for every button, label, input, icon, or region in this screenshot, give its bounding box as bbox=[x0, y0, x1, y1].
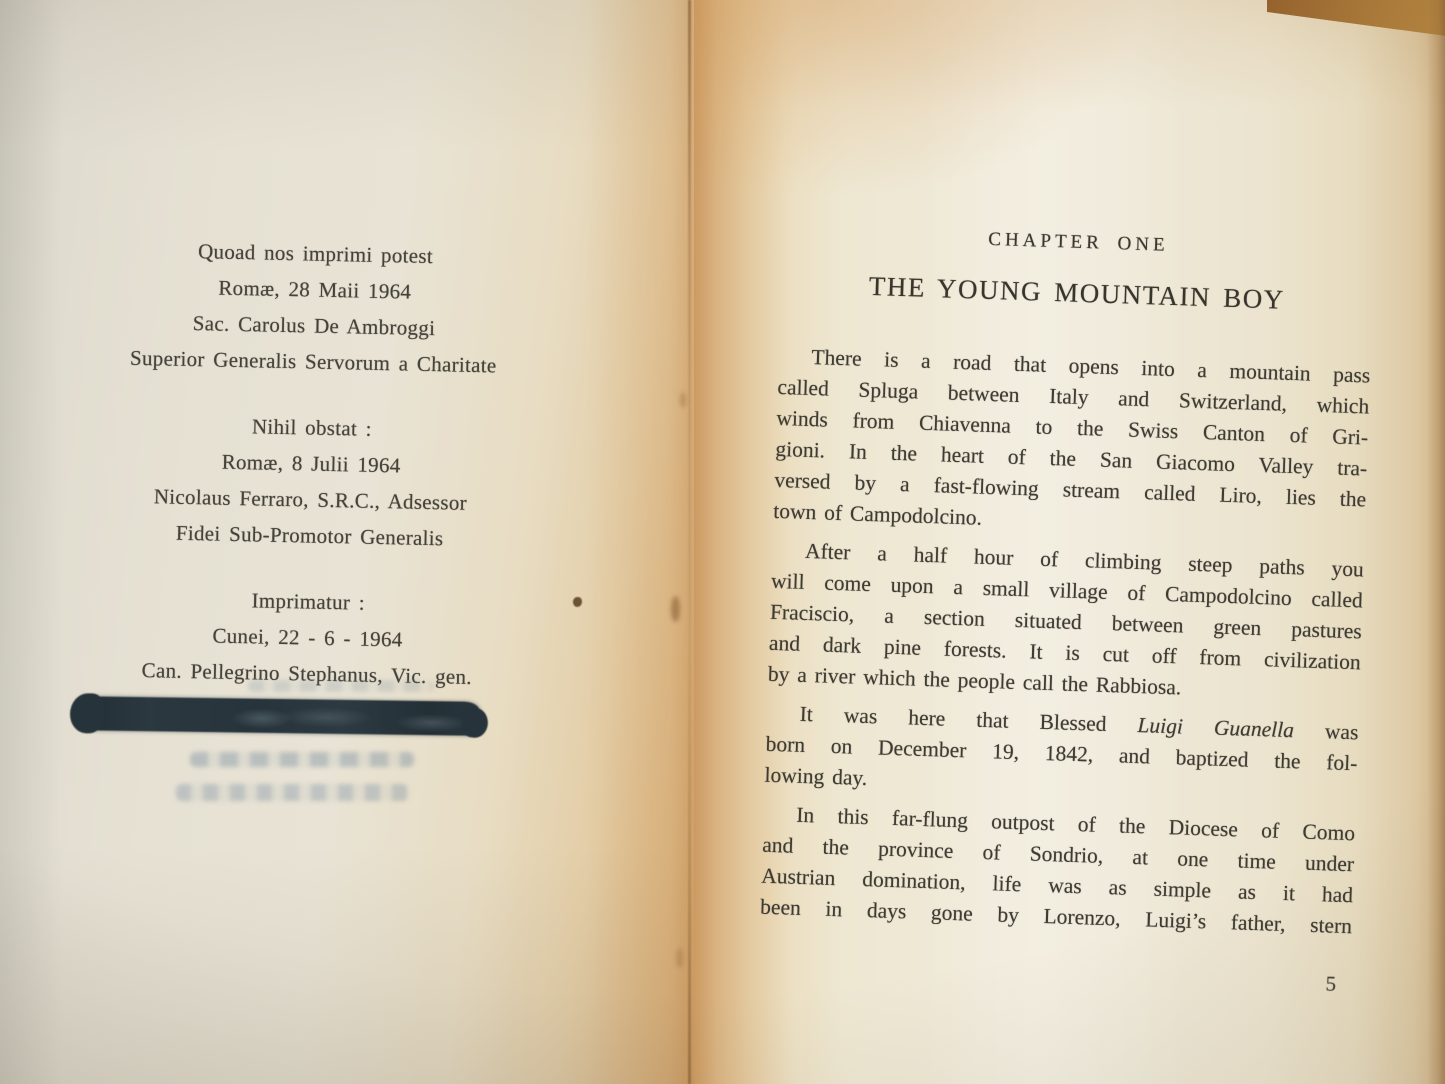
crease-stain bbox=[671, 596, 680, 622]
paragraph: It was here that Blessed Luigi Guanella … bbox=[764, 698, 1359, 811]
faded-stamp-smudge bbox=[248, 680, 434, 692]
left-page-text: Quoad nos imprimi potestRomæ, 28 Maii 19… bbox=[38, 230, 584, 727]
crease-stain bbox=[680, 392, 686, 408]
book-photo: Quoad nos imprimi potestRomæ, 28 Maii 19… bbox=[0, 0, 1445, 1084]
paragraph: In this far-flung outpost of the Diocese… bbox=[760, 799, 1356, 943]
faded-stamp-smudge bbox=[190, 752, 414, 767]
right-page-text: CHAPTER ONE THE YOUNG MOUNTAIN BOY There… bbox=[758, 222, 1375, 997]
faded-stamp-smudge bbox=[176, 784, 408, 801]
spine-crease-line bbox=[688, 0, 691, 1084]
paragraph: After a half hour of climbing steep path… bbox=[767, 535, 1364, 710]
imprint-section: Quoad nos imprimi potestRomæ, 28 Maii 19… bbox=[45, 230, 584, 385]
chapter-title: THE YOUNG MOUNTAIN BOY bbox=[780, 268, 1373, 319]
imprint-section: Nihil obstat :Romæ, 8 Julii 1964Nicolaus… bbox=[41, 404, 580, 559]
paragraph: There is a road that opens into a mounta… bbox=[773, 341, 1371, 547]
italic-text: Luigi Guanella bbox=[1137, 713, 1294, 742]
crease-stain bbox=[676, 948, 683, 968]
redaction-bar bbox=[76, 696, 480, 736]
text-segment: was bbox=[1294, 718, 1359, 744]
chapter-body: There is a road that opens into a mounta… bbox=[760, 341, 1371, 942]
page-edge-shadow bbox=[1427, 0, 1445, 1084]
